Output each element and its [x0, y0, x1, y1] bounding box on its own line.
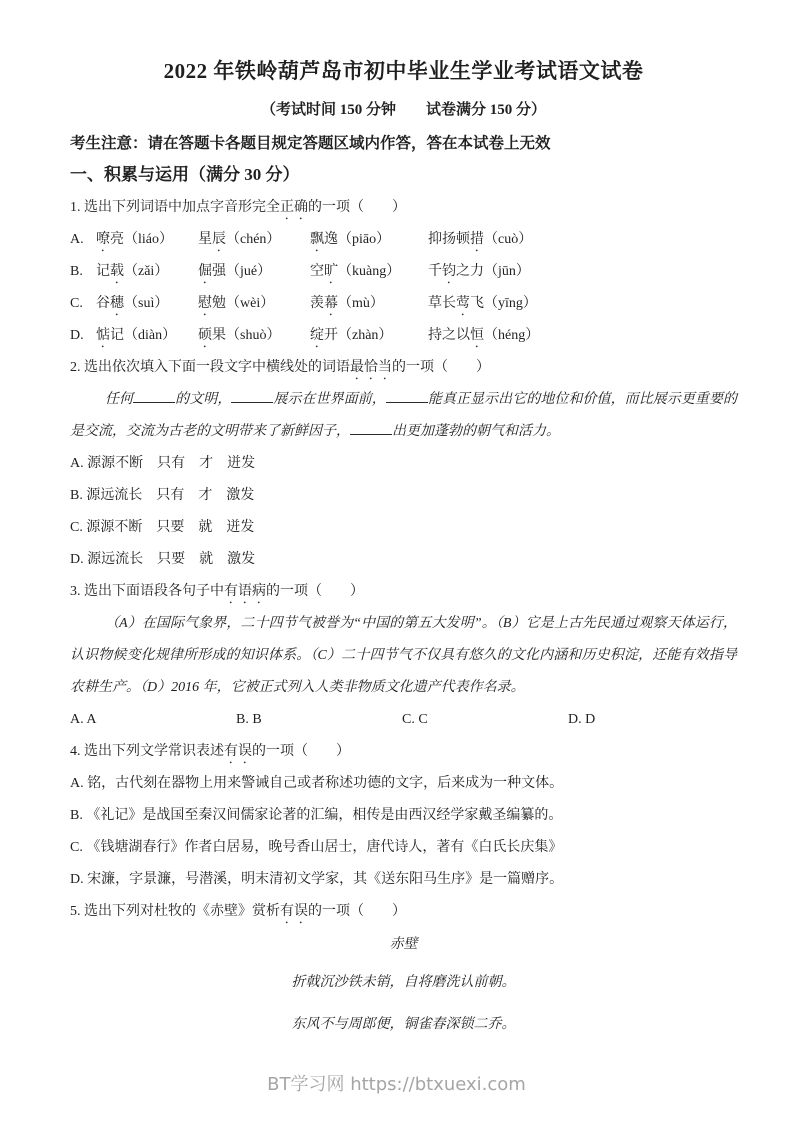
q1-option-b-word-4: 千钧之力（jūn）: [428, 256, 737, 288]
q4-stem: 4. 选出下列文学常识表述有误的一项（ ）: [70, 736, 737, 768]
q1-option-d-word-4: 持之以恒（héng）: [428, 320, 737, 352]
watermark-text: BT学习网 https://btxuexi.com: [267, 1074, 526, 1095]
poem-block: 赤壁 折戟沉沙铁未销，自将磨洗认前朝。 东风不与周郎便，铜雀春深锁二乔。: [70, 928, 737, 1046]
q1-option-a-word-3: 飘逸（piāo）: [310, 224, 428, 256]
q1-option-b: B. 记载（zǎi） 倔强（jué） 空旷（kuàng） 千钧之力（jūn）: [70, 256, 737, 288]
q1-option-c-label: C.: [70, 288, 96, 320]
page-title: 2022 年铁岭葫芦岛市初中毕业生学业考试语文试卷: [70, 56, 737, 86]
q3-option-c: C. C: [402, 704, 568, 736]
q1-option-a-word-2: 星辰（chén）: [198, 224, 310, 256]
poem-title: 赤壁: [70, 928, 737, 962]
q1-option-d-word-2: 硕果（shuò）: [198, 320, 310, 352]
q4-option-d: D. 宋濂，字景濂，号潜溪，明末清初文学家，其《送东阳马生序》是一篇赠序。: [70, 864, 737, 896]
exam-paper-page: 2022 年铁岭葫芦岛市初中毕业生学业考试语文试卷 （考试时间 150 分钟 试…: [0, 0, 793, 1122]
q1-option-b-word-1: 记载（zǎi）: [96, 256, 198, 288]
q1-option-a-label: A.: [70, 224, 96, 256]
q2-option-a: A. 源源不断 只有 才 迸发: [70, 448, 737, 480]
q2-option-b: B. 源远流长 只有 才 激发: [70, 480, 737, 512]
q5-stem: 5. 选出下列对杜牧的《赤壁》赏析有误的一项（ ）: [70, 896, 737, 928]
q3-option-b: B. B: [236, 704, 402, 736]
q1-option-c-word-3: 羡幕（mù）: [310, 288, 428, 320]
q1-option-a-word-1: 嘹亮（liáo）: [96, 224, 198, 256]
poem-line-2: 东风不与周郎便，铜雀春深锁二乔。: [70, 1004, 737, 1046]
q2-option-c: C. 源源不断 只要 就 迸发: [70, 512, 737, 544]
q1-option-d-label: D.: [70, 320, 96, 352]
q1-option-a: A. 嘹亮（liáo） 星辰（chén） 飘逸（piāo） 抑扬顿措（cuò）: [70, 224, 737, 256]
q4-option-a: A. 铭，古代刻在器物上用来警诫自己或者称述功德的文字，后来成为一种文体。: [70, 768, 737, 800]
q1-option-c-word-4: 草长莺飞（yīng）: [428, 288, 737, 320]
poem-line-1: 折戟沉沙铁未销，自将磨洗认前朝。: [70, 962, 737, 1004]
q1-stem: 1. 选出下列词语中加点字音形完全正确的一项（ ）: [70, 192, 737, 224]
q3-stem: 3. 选出下面语段各句子中有语病的一项（ ）: [70, 576, 737, 608]
q1-option-d: D. 惦记（diàn） 硕果（shuò） 绽开（zhàn） 持之以恒（héng）: [70, 320, 737, 352]
q1-option-d-word-3: 绽开（zhàn）: [310, 320, 428, 352]
q3-option-d: D. D: [568, 704, 737, 736]
q4-option-c: C. 《钱塘湖春行》作者白居易，晚号香山居士，唐代诗人，著有《白氏长庆集》: [70, 832, 737, 864]
q2-stem: 2. 选出依次填入下面一段文字中横线处的词语最恰当的一项（ ）: [70, 352, 737, 384]
q1-option-b-word-2: 倔强（jué）: [198, 256, 310, 288]
q3-option-a: A. A: [70, 704, 236, 736]
exam-time-score-line: （考试时间 150 分钟 试卷满分 150 分）: [70, 98, 737, 122]
watermark-footer: BT学习网 https://btxuexi.com: [0, 1070, 793, 1096]
candidate-notice: 考生注意：请在答题卡各题目规定答题区域内作答，答在本试卷上无效: [70, 132, 737, 156]
q1-option-c-word-1: 谷穗（suì）: [96, 288, 198, 320]
q3-options-row: A. A B. B C. C D. D: [70, 704, 737, 736]
q4-option-b: B. 《礼记》是战国至秦汉间儒家论著的汇编，相传是由西汉经学家戴圣编纂的。: [70, 800, 737, 832]
q1-option-b-word-3: 空旷（kuàng）: [310, 256, 428, 288]
section-1-heading: 一、积累与运用（满分 30 分）: [70, 162, 737, 188]
q2-passage: 任何的文明，展示在世界面前，能真正显示出它的地位和价值，而比展示更重要的是交流，…: [70, 384, 737, 448]
q1-option-c-word-2: 慰勉（wèi）: [198, 288, 310, 320]
q2-option-d: D. 源远流长 只要 就 激发: [70, 544, 737, 576]
q1-option-b-label: B.: [70, 256, 96, 288]
q1-option-a-word-4: 抑扬顿措（cuò）: [428, 224, 737, 256]
q1-option-d-word-1: 惦记（diàn）: [96, 320, 198, 352]
q1-option-c: C. 谷穗（suì） 慰勉（wèi） 羡幕（mù） 草长莺飞（yīng）: [70, 288, 737, 320]
q3-passage: （A）在国际气象界，二十四节气被誉为“中国的第五大发明”。（B）它是上古先民通过…: [70, 608, 737, 704]
